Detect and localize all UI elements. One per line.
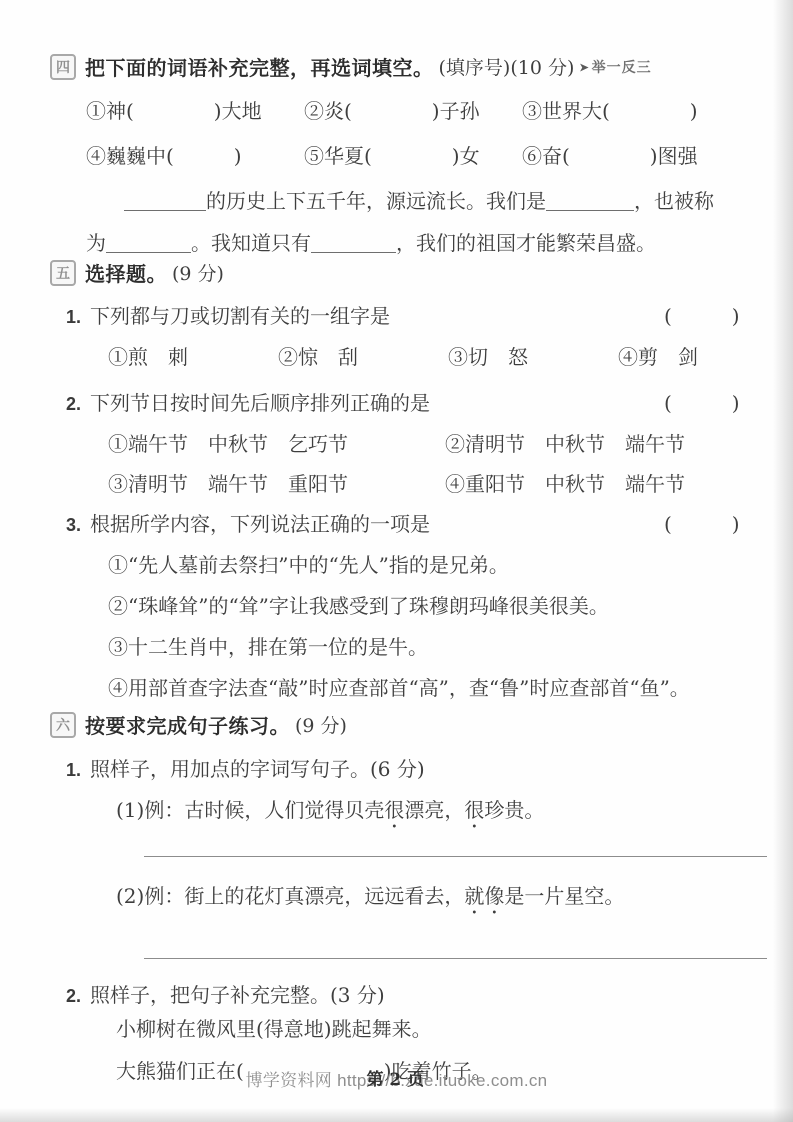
statement-item: ①“先人墓前去祭扫”中的“先人”指的是兄弟。 — [108, 553, 509, 578]
section-4-marker: 四 — [50, 54, 76, 80]
paragraph-text: 。我知道只有 — [191, 231, 311, 255]
question-number: 1. — [66, 759, 81, 782]
word-item: ⑤华夏( )女 — [304, 144, 480, 169]
word-item: ②炎( )子孙 — [304, 99, 480, 124]
option-item: ①端午节 中秋节 乞巧节 — [108, 432, 348, 457]
question-number: 2. — [66, 985, 81, 1008]
section-5-marker: 五 — [50, 260, 76, 286]
fill-paragraph-line-1: 的历史上下五千年，源远流长。我们是，也被称 — [124, 189, 714, 214]
question-number: 1. — [66, 306, 81, 329]
fill-paragraph-line-2: 为。我知道只有，我们的祖国才能繁荣昌盛。 — [86, 231, 656, 256]
blank-underline — [546, 190, 634, 211]
option-item: ④重阳节 中秋节 端午节 — [445, 472, 685, 497]
word-item: ③世界大( ) — [522, 99, 698, 124]
paragraph-text: ，也被称 — [634, 189, 714, 213]
section-4-title: 把下面的词语补充完整，再选词填空。 — [85, 52, 434, 81]
question-text: 下列都与刀或切割有关的一组字是 — [90, 304, 390, 329]
answer-bracket: ( ) — [664, 391, 740, 416]
arrow-icon: ➤ — [579, 62, 589, 74]
word-item: ⑥奋( )图强 — [522, 144, 698, 169]
option-item: ②惊 刮 — [278, 345, 358, 370]
question-text: 下列节日按时间先后顺序排列正确的是 — [90, 391, 430, 416]
example-sentence-2: (2)例：街上的花灯真漂亮，远远看去，就像是一片星空。 — [116, 884, 624, 919]
sentence-line: 小柳树在微风里(得意地)跳起舞来。 — [116, 1017, 432, 1042]
option-item: ①煎 刺 — [108, 345, 188, 370]
section-4-header: 四 把下面的词语补充完整，再选词填空。 (填序号)(10 分) ➤举一反三 — [50, 52, 652, 81]
section-6-title: 按要求完成句子练习。 — [85, 710, 290, 739]
section-5-header: 五 选择题。 (9 分) — [50, 258, 224, 287]
answer-writing-line — [144, 958, 767, 959]
section-6-meta: (9 分) — [295, 711, 347, 738]
blank-underline — [311, 232, 396, 253]
option-item: ④剪 剑 — [618, 345, 698, 370]
question-text: 照样子，用加点的字词写句子。(6 分) — [90, 757, 425, 782]
option-item: ③清明节 端午节 重阳节 — [108, 472, 348, 497]
section-6-header: 六 按要求完成句子练习。 (9 分) — [50, 710, 347, 739]
sentence-text: (1)例：古时候，人们觉得贝壳 — [116, 798, 384, 822]
juyifansan-label: 举一反三 — [592, 59, 652, 75]
blank-underline — [106, 232, 191, 253]
sentence-text: 珍贵。 — [484, 798, 544, 822]
example-sentence-1: (1)例：古时候，人们觉得贝壳很漂亮，很珍贵。 — [116, 798, 544, 833]
dotted-word: 很 — [384, 798, 404, 822]
statement-item: ②“珠峰耸”的“耸”字让我感受到了珠穆朗玛峰很美很美。 — [108, 594, 609, 619]
page-edge-shadow-right — [773, 0, 793, 1122]
question-number: 2. — [66, 393, 81, 416]
answer-bracket: ( ) — [664, 512, 740, 537]
answer-writing-line — [144, 856, 767, 857]
dotted-word: 就像 — [464, 884, 504, 908]
dotted-word: 很 — [464, 798, 484, 822]
section-5-title: 选择题。 — [85, 258, 167, 287]
section-4-meta: (填序号)(10 分) — [439, 53, 575, 80]
question-text: 照样子，把句子补充完整。(3 分) — [90, 983, 385, 1008]
option-item: ③切 怒 — [448, 345, 528, 370]
blank-underline — [124, 190, 206, 211]
sentence-text: 漂亮， — [404, 798, 464, 822]
word-item: ①神( )大地 — [86, 99, 262, 124]
paragraph-text: 的历史上下五千年，源远流长。我们是 — [206, 189, 546, 213]
paragraph-text: ，我们的祖国才能繁荣昌盛。 — [396, 231, 656, 255]
section-6-marker: 六 — [50, 712, 76, 738]
sentence-text: (2)例：街上的花灯真漂亮，远远看去， — [116, 884, 464, 908]
page-number: 第 2 页 — [367, 1070, 425, 1091]
statement-item: ③十二生肖中，排在第一位的是牛。 — [108, 635, 428, 660]
sentence-text: 是一片星空。 — [504, 884, 624, 908]
question-number: 3. — [66, 514, 81, 537]
statement-item: ④用部首查字法查“敲”时应查部首“高”，查“鲁”时应查部首“鱼”。 — [108, 676, 690, 701]
word-item: ④巍巍中( ) — [86, 144, 242, 169]
section-5-meta: (9 分) — [172, 259, 224, 286]
option-item: ②清明节 中秋节 端午节 — [445, 432, 685, 457]
page-edge-shadow-bottom — [0, 1108, 793, 1122]
paragraph-text: 为 — [86, 231, 106, 255]
question-text: 根据所学内容，下列说法正确的一项是 — [90, 512, 430, 537]
answer-bracket: ( ) — [664, 304, 740, 329]
worksheet-page: 四 把下面的词语补充完整，再选词填空。 (填序号)(10 分) ➤举一反三 ①神… — [0, 0, 793, 1122]
juyifansan-tag: ➤举一反三 — [579, 57, 651, 77]
